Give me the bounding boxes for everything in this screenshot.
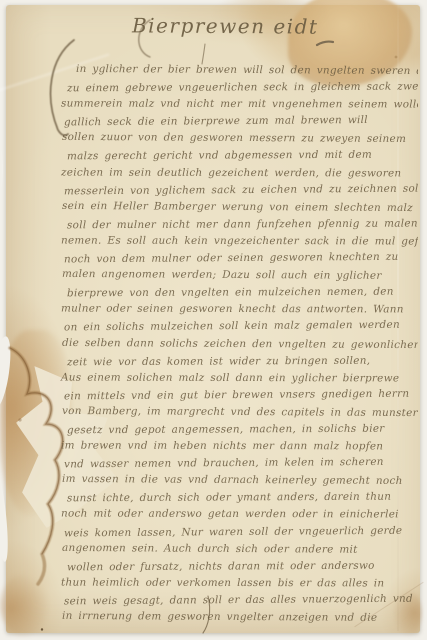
body-line: von Bamberg, im margrecht vnd des capite…	[62, 403, 418, 422]
body-line: messerlein von yglichem sack zu eichen v…	[64, 180, 418, 200]
body-line: angenomen sein. Auch durch sich oder and…	[62, 540, 418, 559]
stain-bottom-left	[0, 574, 48, 636]
body-line: im brewen vnd im heben nichts mer dann m…	[61, 438, 418, 456]
body-line: zeichen im sein deutlich gezeichent werd…	[61, 164, 418, 182]
document-title: Bierprewen eidt	[132, 13, 319, 38]
body-line: weis komen lassen, Nur waren soll der vn…	[64, 522, 418, 542]
body-text: in yglicher der bier brewen will sol den…	[60, 62, 418, 628]
body-line: on ein solichs mulzeichen soll kein malz…	[64, 317, 418, 337]
body-line: zeit wie vor das komen ist wider zu brin…	[67, 352, 418, 371]
body-line: in yglicher der bier brewen will sol den…	[76, 62, 418, 80]
body-line: malzs gerecht gericht vnd abgemessen vnd…	[67, 147, 418, 166]
body-line: die selben dann solichs zeichen den vnge…	[62, 334, 418, 353]
body-line: malen angenomen werden; Dazu soll auch e…	[62, 266, 418, 285]
body-line: noch mit oder anderswo getan werden oder…	[61, 506, 418, 524]
manuscript-photo: Bierprewen eidt in yglicher der bier bre…	[0, 0, 427, 640]
torn-edge-bite	[0, 148, 3, 190]
body-line: sollen zuuor von den gesworen messern zu…	[62, 129, 418, 148]
body-line: soll der mulner nicht mer dann funfzehen…	[67, 215, 418, 234]
body-line: nemen. Es soll auch kein vngezeichenter …	[61, 232, 418, 250]
body-line: in irrnerung dem gesworen vngelter anzei…	[62, 608, 418, 627]
body-line: wollen oder fursatz, nichts daran mit od…	[67, 557, 418, 576]
body-line: im vassen in die vas vnd darnach keinerl…	[62, 471, 418, 490]
body-line: Aus einem solichen malz soll dann ein yg…	[61, 369, 418, 387]
body-line: sein ein Heller Bamberger werung von ein…	[62, 198, 418, 217]
body-line: gesetz vnd gepot angemessen, machen, in …	[67, 420, 418, 439]
body-line: thun heimlich oder verkomen lassen bis e…	[61, 574, 418, 592]
body-line: zu einem gebrewe vngeuerlichen seck in g…	[67, 79, 418, 98]
